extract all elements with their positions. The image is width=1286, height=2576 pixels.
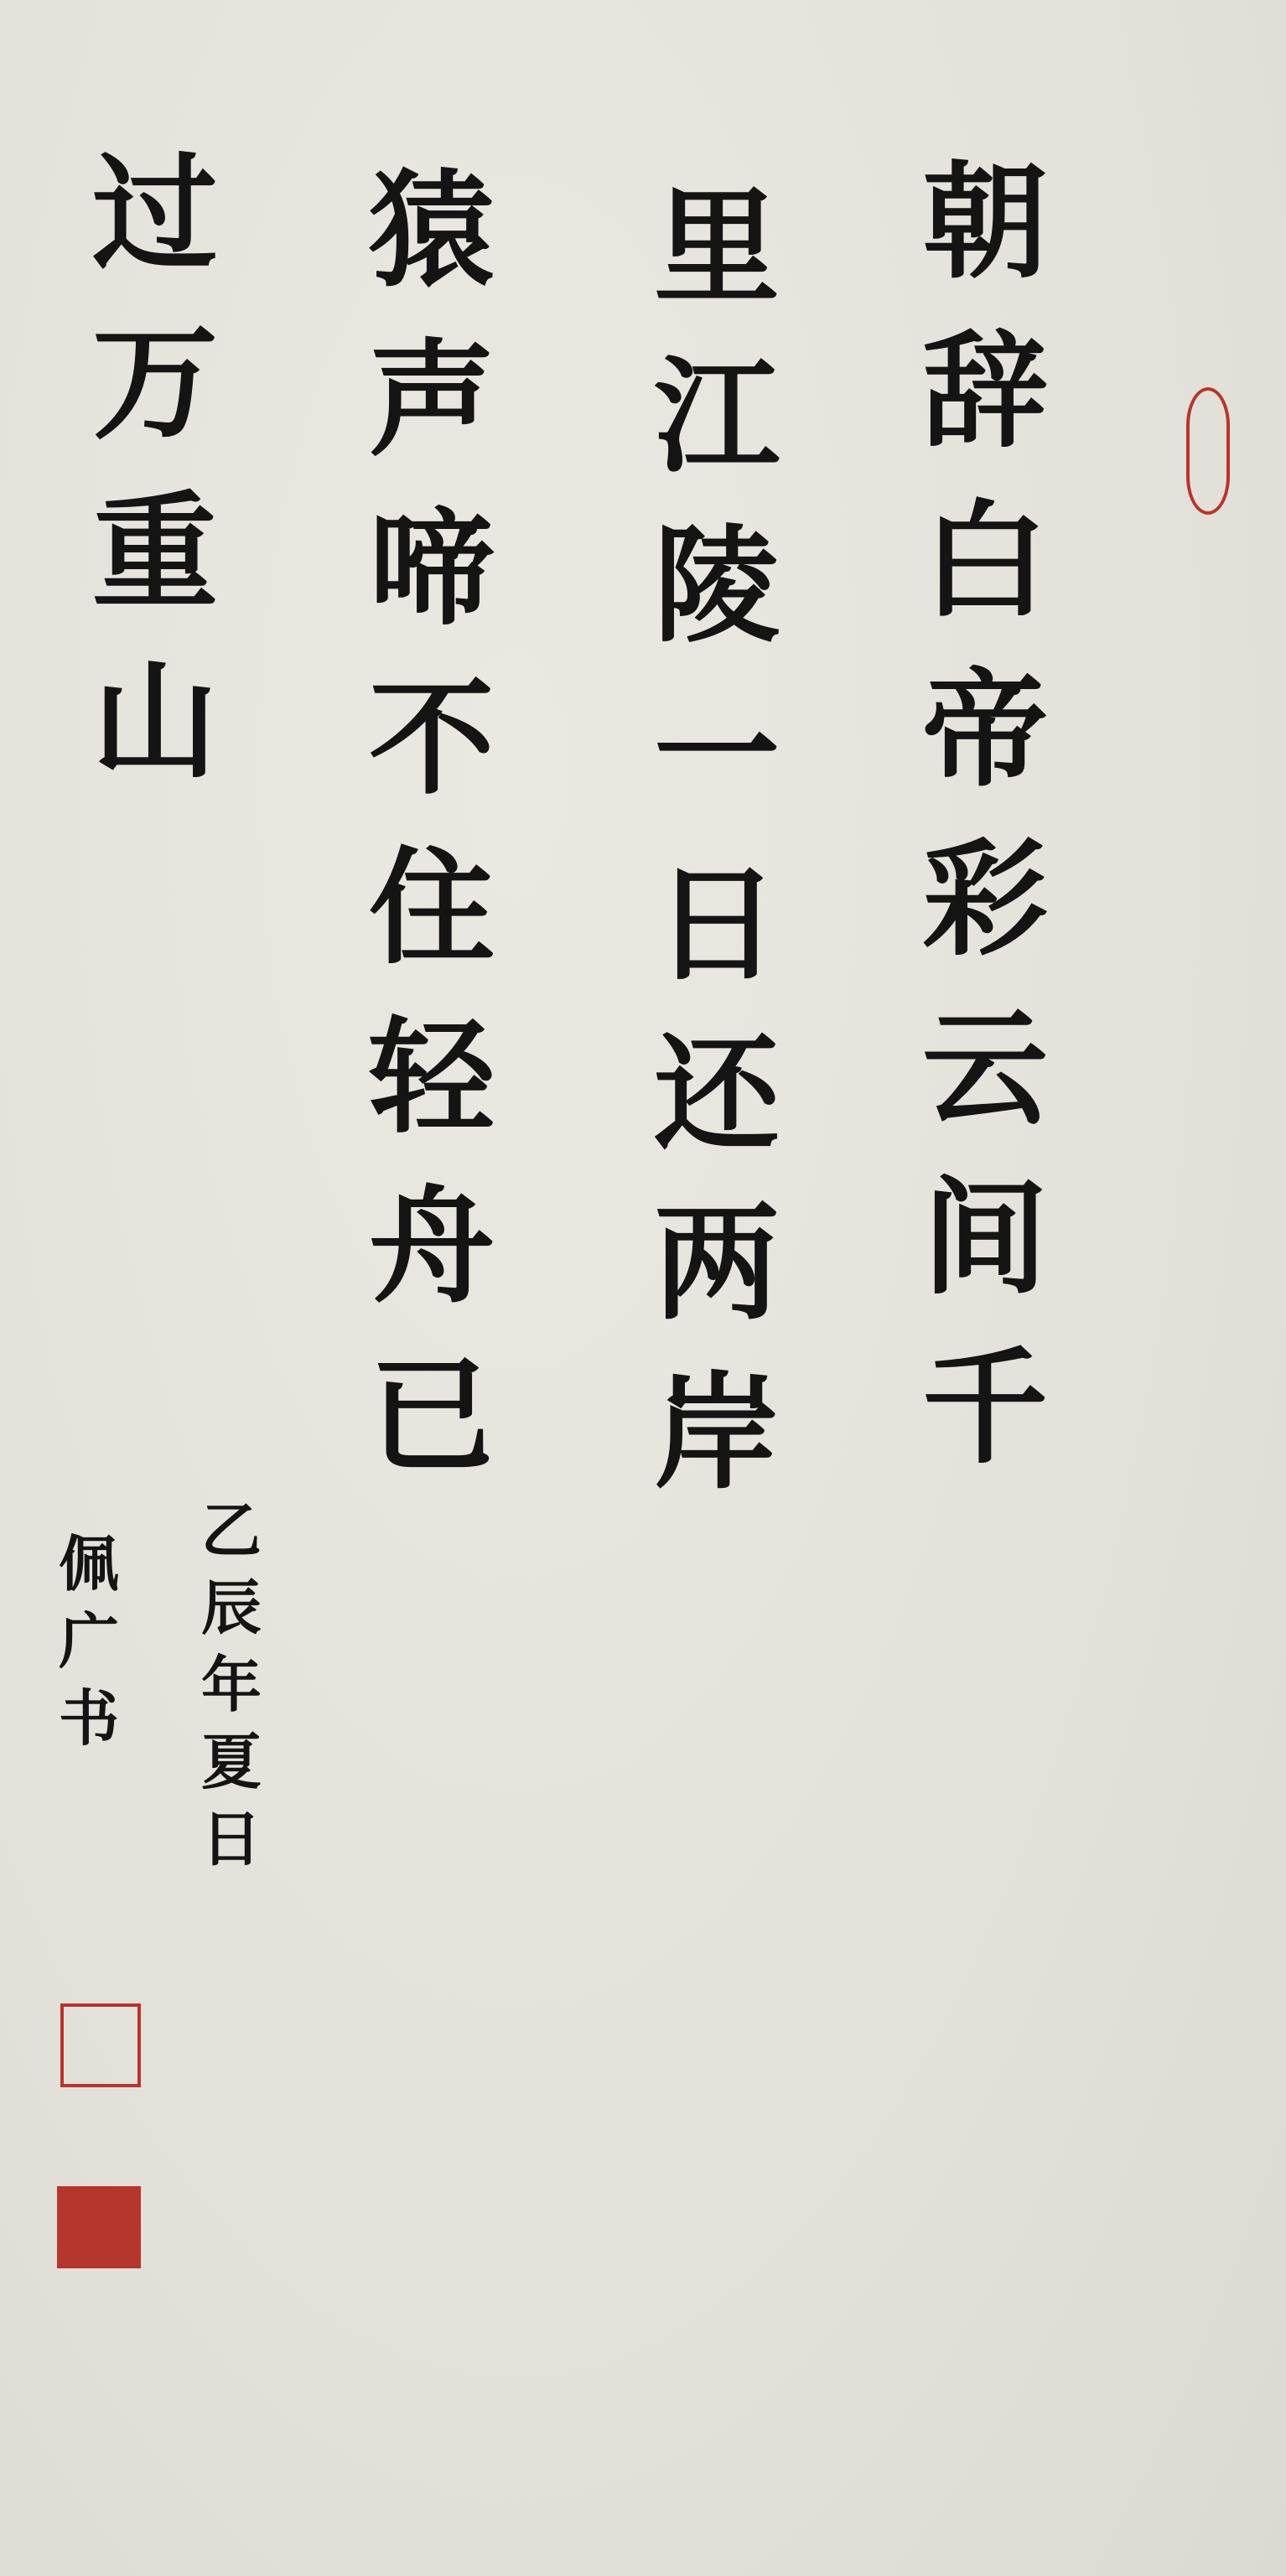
poem-char: 帝 bbox=[922, 667, 1048, 793]
poem-char: 不 bbox=[369, 676, 495, 801]
poem-char: 啼 bbox=[369, 506, 495, 632]
poem-char: 过 bbox=[92, 151, 218, 277]
inscription-char: 年 bbox=[201, 1655, 262, 1715]
inscription-char: 日 bbox=[201, 1809, 262, 1869]
poem-column-2: 里 江 陵 一 日 还 两 岸 bbox=[654, 184, 780, 1539]
poem-column-3: 猿 声 啼 不 住 轻 舟 已 bbox=[369, 168, 495, 1522]
artist-signature: 佩 广 书 bbox=[59, 1534, 119, 1765]
poem-char: 朝 bbox=[922, 159, 1048, 285]
date-inscription: 乙 辰 年 夏 日 bbox=[201, 1501, 262, 1886]
poem-char: 江 bbox=[654, 354, 780, 479]
name-seal-white-text bbox=[60, 2003, 141, 2087]
signature-char: 广 bbox=[59, 1611, 119, 1672]
poem-char: 彩 bbox=[922, 837, 1048, 962]
poem-char: 云 bbox=[922, 1006, 1048, 1132]
poem-char: 岸 bbox=[654, 1370, 780, 1495]
poem-char: 陵 bbox=[654, 523, 780, 649]
poem-char: 轻 bbox=[369, 1014, 495, 1140]
poem-char: 间 bbox=[922, 1175, 1048, 1301]
name-seal-red bbox=[57, 2186, 141, 2268]
poem-char: 已 bbox=[369, 1353, 495, 1479]
poem-char: 重 bbox=[92, 490, 218, 615]
poem-char: 里 bbox=[654, 184, 780, 310]
poem-char: 千 bbox=[922, 1345, 1048, 1470]
poem-char: 还 bbox=[654, 1031, 780, 1157]
inscription-char: 夏 bbox=[201, 1732, 262, 1792]
inscription-char: 乙 bbox=[201, 1501, 262, 1561]
header-seal bbox=[1186, 387, 1230, 515]
signature-char: 书 bbox=[59, 1688, 119, 1749]
poem-char: 万 bbox=[92, 320, 218, 446]
poem-char: 山 bbox=[92, 659, 218, 785]
poem-char: 一 bbox=[654, 692, 780, 818]
poem-char: 白 bbox=[922, 498, 1048, 624]
signature-char: 佩 bbox=[59, 1534, 119, 1594]
inscription-char: 辰 bbox=[201, 1578, 262, 1638]
poem-char: 声 bbox=[369, 337, 495, 463]
poem-char: 舟 bbox=[369, 1184, 495, 1309]
poem-char: 住 bbox=[369, 845, 495, 971]
poem-char: 辞 bbox=[922, 329, 1048, 454]
poem-column-1: 朝 辞 白 帝 彩 云 间 千 bbox=[922, 159, 1048, 1514]
poem-char: 日 bbox=[654, 862, 780, 987]
poem-char: 两 bbox=[654, 1200, 780, 1326]
poem-column-4: 过 万 重 山 bbox=[92, 151, 218, 828]
poem-char: 猿 bbox=[369, 168, 495, 293]
